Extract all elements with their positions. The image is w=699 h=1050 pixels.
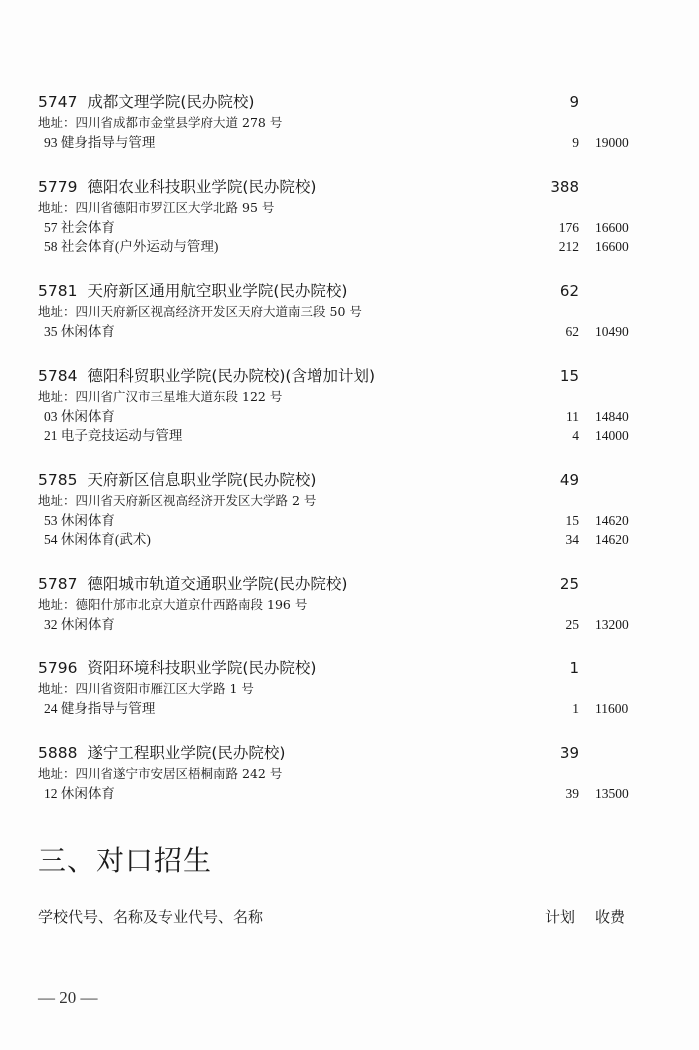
school-address: 地址：四川省德阳市罗江区大学北路 95 号 — [38, 198, 638, 218]
section-title: 三、对口招生 — [38, 843, 212, 879]
school-total-plan: 1 — [528, 657, 579, 679]
school-code: 5779 — [38, 178, 77, 196]
address-text: 德阳什邡市北京大道京什西路南段 196 号 — [76, 597, 308, 612]
school-block: 5747 成都文理学院(民办院校)9 地址：四川省成都市金堂县学府大道 278 … — [38, 91, 638, 152]
school-address: 地址：四川省成都市金堂县学府大道 278 号 — [38, 113, 638, 133]
major-code: 54 — [44, 532, 58, 547]
school-code: 5785 — [38, 471, 77, 489]
major-row: 12 休闲体育3913500 — [38, 784, 638, 803]
address-text: 四川省资阳市雁江区大学路 1 号 — [76, 681, 254, 696]
school-name: 德阳城市轨道交通职业学院(民办院校) — [87, 575, 347, 593]
major-name: 休闲体育 — [61, 409, 115, 424]
school-title: 5779 德阳农业科技职业学院(民办院校) — [38, 176, 316, 198]
school-total-plan: 49 — [528, 469, 579, 491]
address-text: 四川天府新区视高经济开发区天府大道南三段 50 号 — [76, 304, 362, 319]
school-name: 天府新区信息职业学院(民办院校) — [87, 471, 316, 489]
major-fee: 13500 — [595, 784, 629, 803]
major-plan: 9 — [528, 133, 579, 152]
major-fee: 16600 — [595, 218, 629, 237]
address-label: 地址： — [38, 493, 76, 508]
major-row: 03 休闲体育1114840 — [38, 407, 638, 426]
school-title: 5888 遂宁工程职业学院(民办院校) — [38, 742, 285, 764]
major-name: 社会体育 — [61, 220, 115, 235]
major-code: 24 — [44, 701, 58, 716]
school-address: 地址：德阳什邡市北京大道京什西路南段 196 号 — [38, 595, 638, 615]
major-code: 32 — [44, 617, 58, 632]
major-fee: 13200 — [595, 615, 629, 634]
column-header-plan: 计划 — [545, 906, 575, 928]
school-title: 5781 天府新区通用航空职业学院(民办院校) — [38, 280, 347, 302]
school-total-plan: 9 — [528, 91, 579, 113]
major-plan: 4 — [528, 426, 579, 445]
major-name: 电子竞技运动与管理 — [61, 428, 183, 443]
school-name: 遂宁工程职业学院(民办院校) — [87, 744, 285, 762]
major-fee: 14620 — [595, 511, 629, 530]
school-title: 5747 成都文理学院(民办院校) — [38, 91, 254, 113]
school-name: 天府新区通用航空职业学院(民办院校) — [87, 282, 347, 300]
page-number: — 20 — — [38, 986, 98, 1010]
major-fee: 19000 — [595, 133, 629, 152]
school-address: 地址：四川省天府新区视高经济开发区大学路 2 号 — [38, 491, 638, 511]
school-title: 5787 德阳城市轨道交通职业学院(民办院校) — [38, 573, 347, 595]
school-block: 5888 遂宁工程职业学院(民办院校)39 地址：四川省遂宁市安居区梧桐南路 2… — [38, 742, 638, 803]
address-label: 地址： — [38, 766, 76, 781]
major-code: 57 — [44, 220, 58, 235]
major-fee: 10490 — [595, 322, 629, 341]
school-title: 5784 德阳科贸职业学院(民办院校)(含增加计划) — [38, 365, 375, 387]
column-header-school: 学校代号、名称及专业代号、名称 — [38, 906, 263, 928]
school-name: 德阳农业科技职业学院(民办院校) — [87, 178, 316, 196]
major-plan: 176 — [528, 218, 579, 237]
major-code: 21 — [44, 428, 58, 443]
major-row: 53 休闲体育1514620 — [38, 511, 638, 530]
school-name: 资阳环境科技职业学院(民办院校) — [87, 659, 316, 677]
major-code: 12 — [44, 786, 58, 801]
major-row: 24 健身指导与管理111600 — [38, 699, 638, 718]
major-fee: 11600 — [595, 699, 628, 718]
school-code: 5787 — [38, 575, 77, 593]
major-fee: 14000 — [595, 426, 629, 445]
major-name: 休闲体育(武术) — [61, 532, 151, 547]
school-address: 地址：四川省资阳市雁江区大学路 1 号 — [38, 679, 638, 699]
major-row: 54 休闲体育(武术)3414620 — [38, 530, 638, 549]
major-code: 35 — [44, 324, 58, 339]
major-name: 健身指导与管理 — [61, 701, 156, 716]
school-code: 5784 — [38, 367, 77, 385]
address-label: 地址： — [38, 597, 76, 612]
school-title: 5785 天府新区信息职业学院(民办院校) — [38, 469, 316, 491]
major-row: 21 电子竞技运动与管理414000 — [38, 426, 638, 445]
school-total-plan: 388 — [528, 176, 579, 198]
school-block: 5779 德阳农业科技职业学院(民办院校)388 地址：四川省德阳市罗江区大学北… — [38, 176, 638, 256]
school-total-plan: 62 — [528, 280, 579, 302]
address-text: 四川省德阳市罗江区大学北路 95 号 — [76, 200, 275, 215]
major-name: 休闲体育 — [61, 617, 115, 632]
major-code: 58 — [44, 239, 58, 254]
address-text: 四川省天府新区视高经济开发区大学路 2 号 — [76, 493, 317, 508]
major-row: 57 社会体育17616600 — [38, 218, 638, 237]
major-row: 35 休闲体育6210490 — [38, 322, 638, 341]
school-block: 5784 德阳科贸职业学院(民办院校)(含增加计划)15 地址：四川省广汉市三星… — [38, 365, 638, 445]
major-name: 休闲体育 — [61, 786, 115, 801]
major-fee: 16600 — [595, 237, 629, 256]
major-code: 53 — [44, 513, 58, 528]
school-code: 5747 — [38, 93, 77, 111]
column-header: 学校代号、名称及专业代号、名称 计划 收费 — [38, 906, 638, 928]
school-block: 5796 资阳环境科技职业学院(民办院校)1 地址：四川省资阳市雁江区大学路 1… — [38, 657, 638, 718]
document-page: 5747 成都文理学院(民办院校)9 地址：四川省成都市金堂县学府大道 278 … — [0, 0, 699, 1050]
school-address: 地址：四川天府新区视高经济开发区天府大道南三段 50 号 — [38, 302, 638, 322]
school-name: 德阳科贸职业学院(民办院校)(含增加计划) — [87, 367, 375, 385]
school-address: 地址：四川省遂宁市安居区梧桐南路 242 号 — [38, 764, 638, 784]
school-total-plan: 25 — [528, 573, 579, 595]
school-total-plan: 39 — [528, 742, 579, 764]
school-address: 地址：四川省广汉市三星堆大道东段 122 号 — [38, 387, 638, 407]
school-name: 成都文理学院(民办院校) — [87, 93, 254, 111]
address-text: 四川省成都市金堂县学府大道 278 号 — [76, 115, 283, 130]
major-name: 健身指导与管理 — [61, 135, 156, 150]
address-text: 四川省遂宁市安居区梧桐南路 242 号 — [76, 766, 283, 781]
major-plan: 39 — [528, 784, 579, 803]
address-label: 地址： — [38, 304, 76, 319]
major-name: 休闲体育 — [61, 513, 115, 528]
school-code: 5781 — [38, 282, 77, 300]
column-header-fee: 收费 — [595, 906, 625, 928]
major-plan: 11 — [528, 407, 579, 426]
school-total-plan: 15 — [528, 365, 579, 387]
address-label: 地址： — [38, 115, 76, 130]
address-label: 地址： — [38, 681, 76, 696]
major-plan: 212 — [528, 237, 579, 256]
school-code: 5796 — [38, 659, 77, 677]
major-fee: 14620 — [595, 530, 629, 549]
major-row: 93 健身指导与管理919000 — [38, 133, 638, 152]
school-block: 5785 天府新区信息职业学院(民办院校)49 地址：四川省天府新区视高经济开发… — [38, 469, 638, 549]
major-plan: 1 — [528, 699, 579, 718]
major-code: 93 — [44, 135, 58, 150]
major-plan: 62 — [528, 322, 579, 341]
school-block: 5787 德阳城市轨道交通职业学院(民办院校)25 地址：德阳什邡市北京大道京什… — [38, 573, 638, 634]
major-code: 03 — [44, 409, 58, 424]
major-plan: 15 — [528, 511, 579, 530]
address-label: 地址： — [38, 389, 76, 404]
major-fee: 14840 — [595, 407, 629, 426]
major-name: 休闲体育 — [61, 324, 115, 339]
school-code: 5888 — [38, 744, 77, 762]
major-row: 32 休闲体育2513200 — [38, 615, 638, 634]
address-text: 四川省广汉市三星堆大道东段 122 号 — [76, 389, 283, 404]
school-block: 5781 天府新区通用航空职业学院(民办院校)62 地址：四川天府新区视高经济开… — [38, 280, 638, 341]
major-row: 58 社会体育(户外运动与管理)21216600 — [38, 237, 638, 256]
address-label: 地址： — [38, 200, 76, 215]
major-plan: 34 — [528, 530, 579, 549]
school-title: 5796 资阳环境科技职业学院(民办院校) — [38, 657, 316, 679]
major-name: 社会体育(户外运动与管理) — [61, 239, 219, 254]
major-plan: 25 — [528, 615, 579, 634]
